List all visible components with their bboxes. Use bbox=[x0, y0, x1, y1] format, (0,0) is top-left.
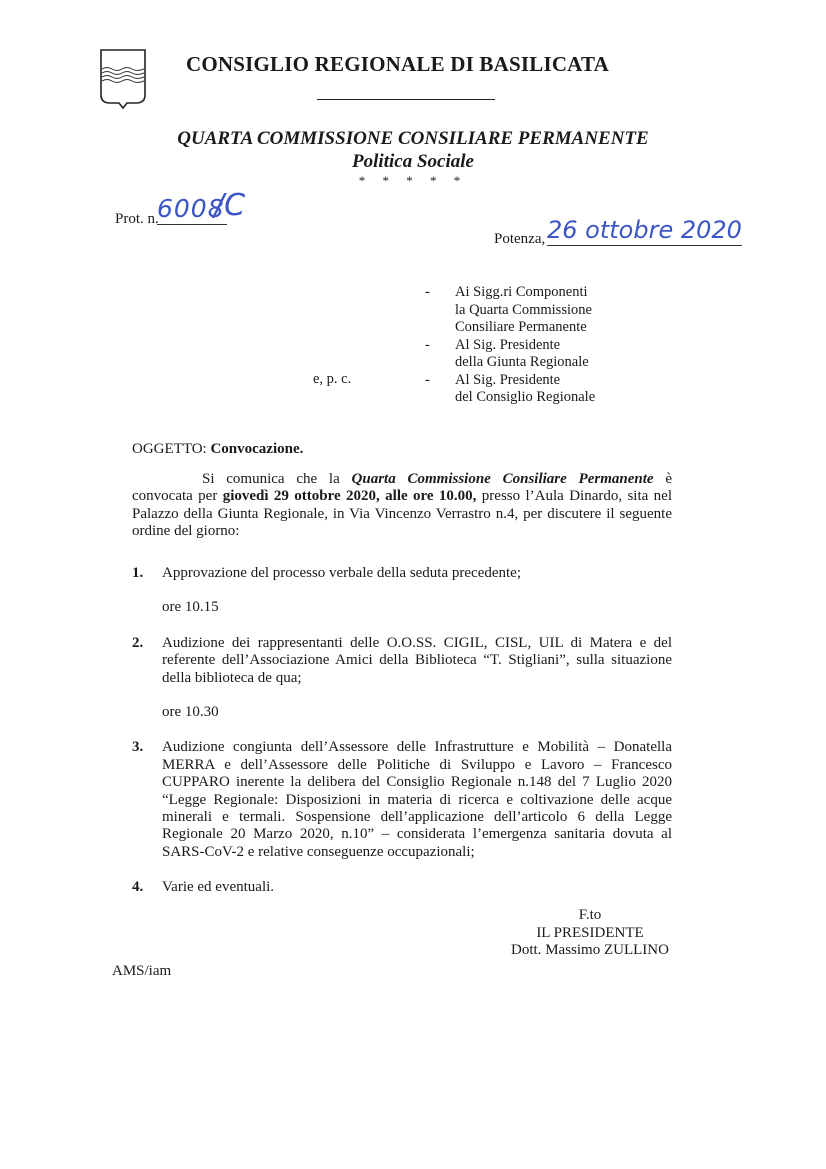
body-paragraph: Si comunica che la Quarta Commissione Co… bbox=[132, 471, 672, 541]
agenda-item: 3. Audizione congiunta dell’Assessore de… bbox=[132, 739, 672, 861]
regional-crest-icon bbox=[98, 47, 148, 112]
recipient-line: Al Sig. Presidente bbox=[455, 337, 589, 355]
agenda-item: 1. Approvazione del processo verbale del… bbox=[132, 565, 672, 582]
commission-name-emphasis: Quarta Commissione Consiliare Permanente bbox=[352, 471, 654, 487]
commission-title: QUARTA COMMISSIONE CONSILIARE PERMANENTE bbox=[0, 128, 826, 150]
signature-block: F.to IL PRESIDENTE Dott. Massimo ZULLINO bbox=[505, 907, 675, 960]
recipient-line: Ai Sigg.ri Componenti bbox=[455, 284, 592, 302]
recipient-line: la Quarta Commissione bbox=[455, 302, 592, 320]
recipient-dash: - bbox=[425, 372, 455, 407]
place-label: Potenza, bbox=[494, 231, 545, 248]
agenda-number: 1. bbox=[132, 565, 162, 582]
commission-subtitle: Politica Sociale bbox=[0, 151, 826, 173]
agenda-number: 2. bbox=[132, 635, 162, 687]
recipient-dash: - bbox=[425, 284, 455, 337]
recipient-line: del Consiglio Regionale bbox=[455, 389, 595, 407]
organization-title: CONSIGLIO REGIONALE DI BASILICATA bbox=[186, 52, 609, 77]
agenda-number: 3. bbox=[132, 739, 162, 861]
agenda-text: Approvazione del processo verbale della … bbox=[162, 565, 521, 582]
reference-initials: AMS/iam bbox=[112, 963, 171, 980]
body-text: Si comunica che la bbox=[202, 471, 352, 487]
agenda-item: 2. Audizione dei rappresentanti delle O.… bbox=[132, 635, 672, 687]
recipient-item: - Al Sig. Presidente della Giunta Region… bbox=[425, 337, 595, 372]
recipient-line: Al Sig. Presidente bbox=[455, 372, 595, 390]
agenda-item: 4. Varie ed eventuali. bbox=[132, 879, 672, 896]
recipient-line: Consiliare Permanente bbox=[455, 319, 592, 337]
protocol-label: Prot. n. bbox=[115, 211, 159, 228]
signature-fto: F.to bbox=[505, 907, 675, 925]
signature-name: Dott. Massimo ZULLINO bbox=[505, 942, 675, 960]
recipient-dash: - bbox=[425, 337, 455, 372]
agenda-time: ore 10.30 bbox=[162, 704, 672, 721]
protocol-suffix: /C bbox=[214, 188, 245, 223]
agenda-list: 1. Approvazione del processo verbale del… bbox=[132, 565, 672, 897]
signature-title: IL PRESIDENTE bbox=[505, 925, 675, 943]
recipients-list: - Ai Sigg.ri Componenti la Quarta Commis… bbox=[425, 284, 595, 407]
agenda-number: 4. bbox=[132, 879, 162, 896]
agenda-text: Varie ed eventuali. bbox=[162, 879, 274, 896]
handwritten-date: 26 ottobre 2020 bbox=[547, 215, 742, 246]
agenda-text: Audizione dei rappresentanti delle O.O.S… bbox=[162, 635, 672, 687]
meeting-datetime: giovedì 29 ottobre 2020, alle ore 10.00, bbox=[223, 488, 477, 504]
cc-label: e, p. c. bbox=[313, 371, 351, 388]
recipient-item: - Ai Sigg.ri Componenti la Quarta Commis… bbox=[425, 284, 595, 337]
recipient-line: della Giunta Regionale bbox=[455, 354, 589, 372]
agenda-time: ore 10.15 bbox=[162, 599, 672, 616]
asterisk-separator: * * * * * bbox=[0, 173, 826, 189]
header-divider bbox=[317, 99, 495, 100]
subject-label: OGGETTO: bbox=[132, 441, 207, 457]
recipient-item: - Al Sig. Presidente del Consiglio Regio… bbox=[425, 372, 595, 407]
subject-value: Convocazione. bbox=[210, 441, 303, 457]
agenda-text: Audizione congiunta dell’Assessore delle… bbox=[162, 739, 672, 861]
subject-line: OGGETTO: Convocazione. bbox=[132, 441, 303, 458]
